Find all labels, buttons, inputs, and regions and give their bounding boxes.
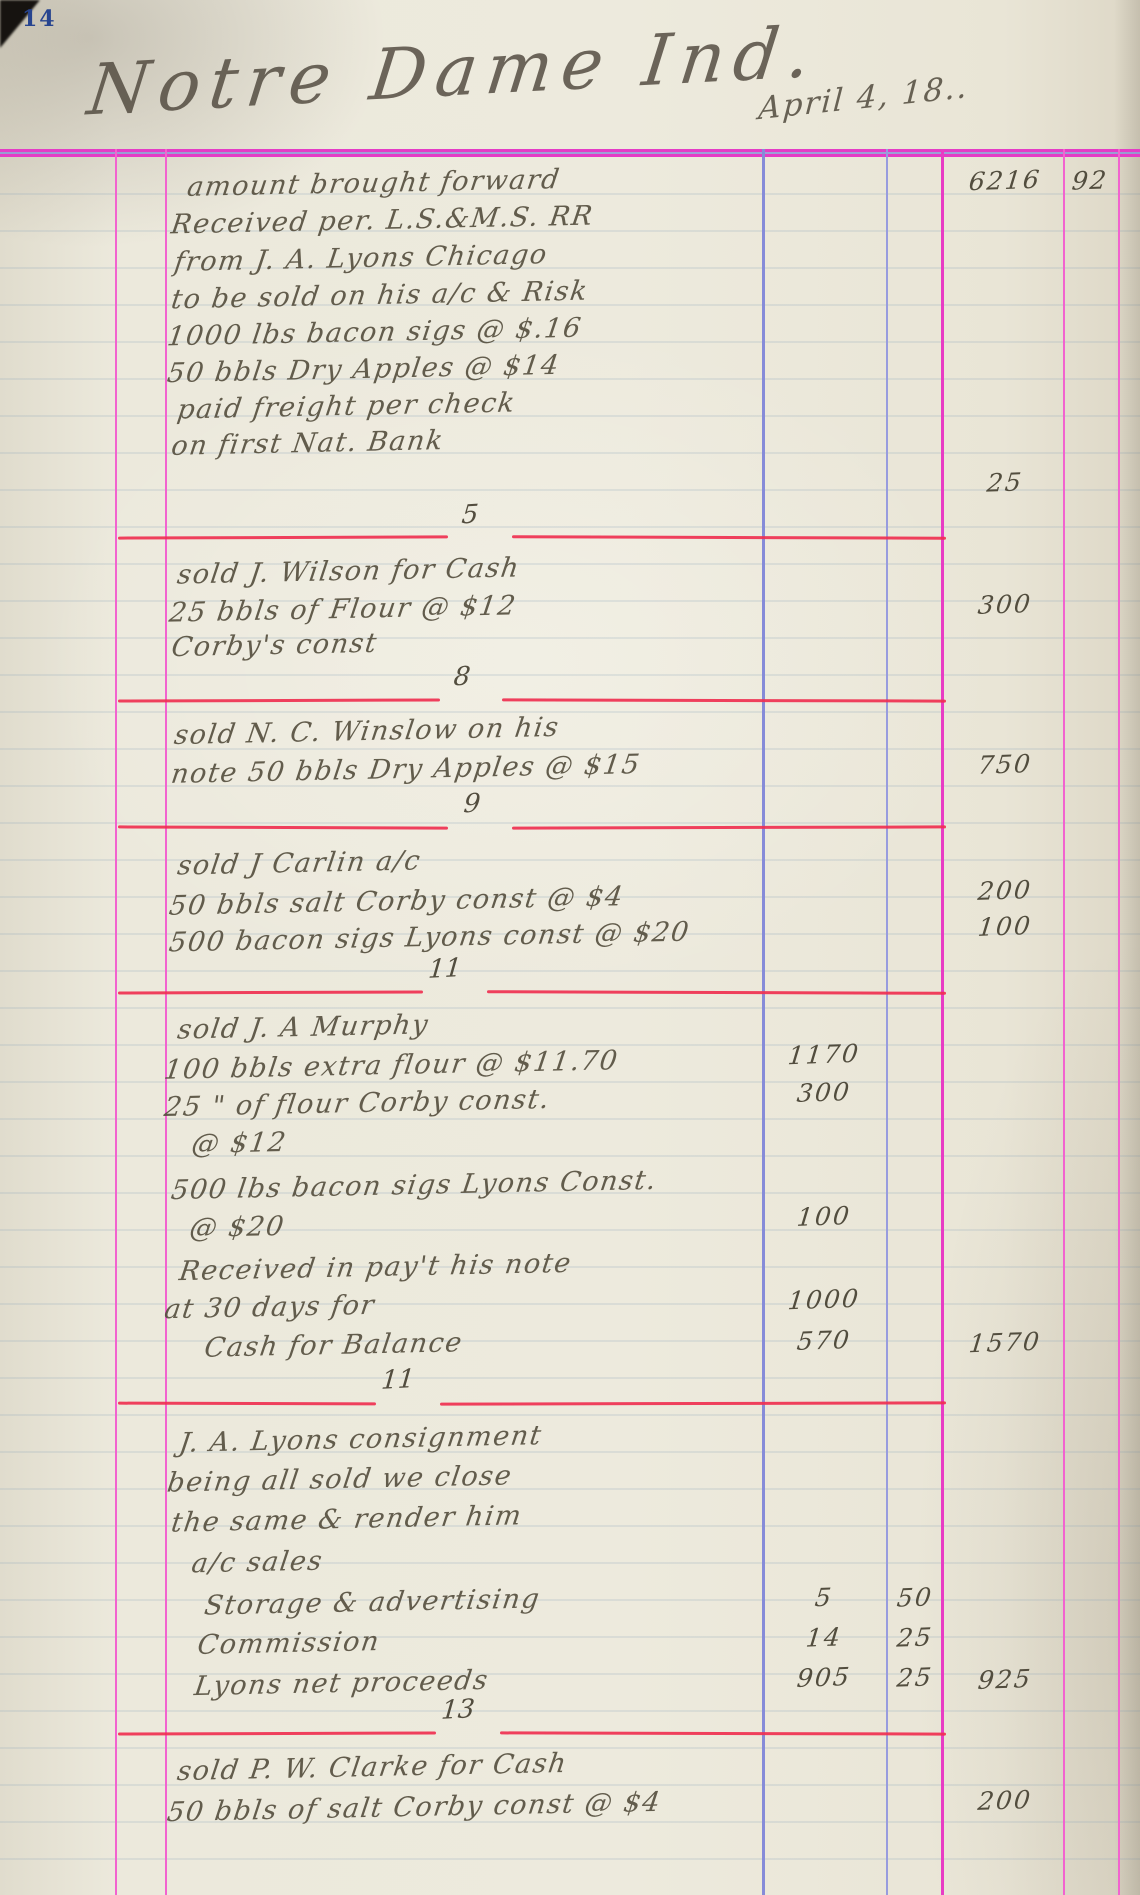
entry-separator-line [118, 1402, 376, 1406]
entry-separator-line [118, 535, 448, 539]
ledger-line: sold N. C. Winslow on his [172, 712, 561, 751]
subcolumn-cents: 50 [890, 1582, 939, 1613]
day-number: 13 [435, 1694, 482, 1726]
ledger-line: 100 bbls extra flour @ $11.70 [162, 1045, 620, 1085]
subcolumn-amount: 905 [766, 1661, 882, 1694]
column-line-amount-left [941, 149, 944, 1895]
ledger-line: paid freight per check [175, 387, 518, 425]
ledger-line: Cash for Balance [202, 1327, 465, 1363]
ledger-line: sold P. W. Clarke for Cash [175, 1748, 569, 1787]
ledger-line: at 30 days for [163, 1290, 378, 1325]
entry-separator-line [512, 825, 946, 829]
day-number: 9 [449, 788, 496, 820]
subcolumn-cents: 25 [890, 1662, 939, 1693]
day-number: 11 [422, 953, 469, 985]
amount-dollars: 750 [948, 748, 1062, 781]
ledger-line: 50 bbls salt Corby const @ $4 [167, 881, 626, 921]
entry-separator-line [440, 1401, 946, 1405]
amount-dollars: 925 [948, 1663, 1062, 1696]
entry-separator-line [502, 698, 946, 702]
ledger-line: the same & render him [169, 1500, 524, 1538]
entry-separator-line [118, 825, 448, 829]
ledger-line: 500 bacon sigs Lyons const @ $20 [167, 917, 692, 959]
page-number: 14 [22, 6, 57, 32]
subcolumn-amount: 570 [766, 1324, 882, 1357]
subcolumn-amount: 1170 [766, 1038, 882, 1071]
ledger-line: from J. A. Lyons Chicago [172, 239, 550, 278]
ledger-line: Storage & advertising [202, 1583, 542, 1621]
amount-dollars: 200 [948, 874, 1062, 907]
subcolumn-amount: 100 [766, 1200, 882, 1233]
subcolumn-amount: 300 [766, 1076, 882, 1109]
ledger-line: amount brought forward [185, 164, 562, 203]
amount-dollars: 1570 [948, 1326, 1062, 1359]
day-number: 5 [447, 499, 494, 531]
column-line-subamount-cents [886, 149, 888, 1895]
entry-separator-line [500, 1731, 946, 1735]
ledger-line: 1000 lbs bacon sigs @ $.16 [165, 313, 584, 353]
amount-dollars: 6216 [948, 164, 1062, 197]
ledger-line: Commission [196, 1626, 383, 1661]
ledger-page: 14 Notre Dame Ind. April 4, 18.. amount … [0, 0, 1140, 1895]
column-line-date [165, 149, 167, 1895]
amount-dollars: 300 [948, 588, 1062, 621]
entry-separator-line [512, 535, 946, 540]
ledger-line: @ $12 [190, 1127, 289, 1160]
ledger-line: 25 " of flour Corby const. [162, 1084, 552, 1123]
ledger-line: J. A. Lyons consignment [177, 1420, 544, 1459]
amount-dollars: 100 [948, 910, 1062, 943]
ledger-line: being all sold we close [165, 1460, 514, 1498]
ledger-line: to be sold on his a/c & Risk [169, 276, 590, 316]
ledger-line: 500 lbs bacon sigs Lyons Const. [169, 1165, 659, 1206]
ledger-line: on first Nat. Bank [169, 425, 446, 462]
day-number: 8 [439, 661, 486, 693]
subcolumn-amount: 5 [766, 1581, 882, 1614]
ruled-lines [0, 158, 1140, 1895]
amount-dollars: 25 [948, 466, 1062, 499]
ledger-line: a/c sales [190, 1546, 325, 1580]
ledger-line: sold J Carlin a/c [175, 845, 423, 881]
entry-separator-line [118, 990, 423, 994]
ledger-line: 25 bbls of Flour @ $12 [167, 590, 518, 628]
ledger-line: sold J. Wilson for Cash [175, 552, 522, 590]
ledger-line: 50 bbls Dry Apples @ $14 [165, 350, 562, 389]
ledger-line: note 50 bbls Dry Apples @ $15 [169, 749, 642, 790]
page-title: Notre Dame Ind. [83, 11, 824, 132]
header-rule-bottom [0, 154, 1140, 157]
ledger-line: Received per. L.S.&M.S. RR [169, 201, 595, 241]
ledger-line: Corby's const [170, 628, 380, 663]
ledger-line: @ $20 [188, 1211, 287, 1244]
ledger-line: sold J. A Murphy [175, 1009, 431, 1045]
column-line-right-margin [1118, 149, 1120, 1895]
subcolumn-amount: 14 [766, 1621, 882, 1654]
entry-separator-line [118, 698, 440, 702]
amount-cents: 92 [1064, 165, 1115, 196]
day-number: 11 [375, 1364, 422, 1396]
column-line-left-margin [115, 149, 117, 1895]
subcolumn-cents: 25 [890, 1622, 939, 1653]
column-line-amount-cents [1063, 149, 1065, 1895]
ledger-line: Received in pay't his note [177, 1248, 574, 1287]
subcolumn-amount: 1000 [766, 1283, 882, 1316]
entry-separator-line [118, 1731, 436, 1735]
ledger-line: 50 bbls of salt Corby const @ $4 [165, 1787, 663, 1828]
amount-dollars: 200 [948, 1784, 1062, 1817]
entry-separator-line [487, 990, 946, 995]
column-line-subamount-left [762, 149, 765, 1895]
